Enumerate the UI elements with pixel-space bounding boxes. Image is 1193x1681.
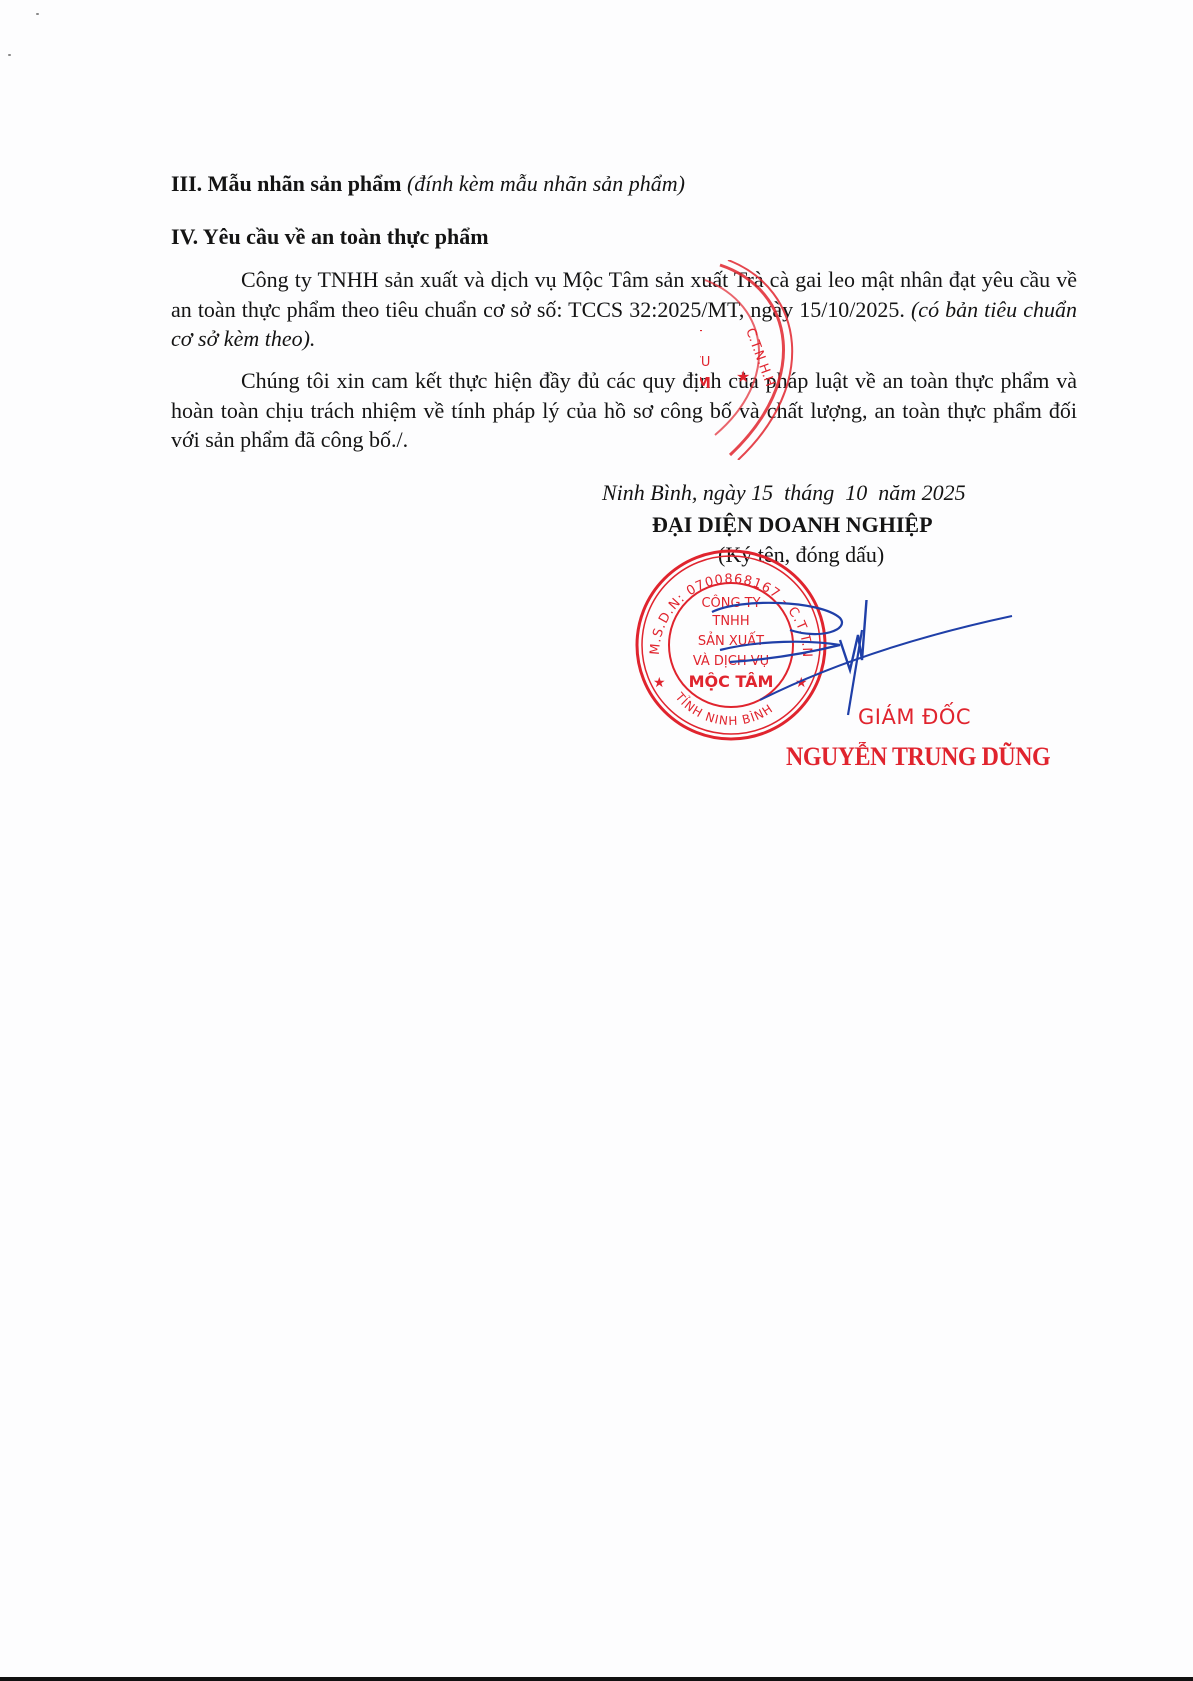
svg-text:M: M: [700, 374, 711, 392]
section-4-title: IV. Yêu cầu về an toàn thực phẩm: [171, 224, 489, 249]
svg-text:★: ★: [736, 367, 750, 386]
handwritten-signature: [700, 600, 1020, 720]
seam-stamp: C.T.N.H.H T VU M ★: [700, 260, 830, 460]
star-icon: ★: [653, 676, 666, 691]
section-3-note: (đính kèm mẫu nhãn sản phẩm): [407, 171, 685, 196]
section-4-paragraph-2: Chúng tôi xin cam kết thực hiện đầy đủ c…: [171, 366, 1077, 455]
scan-speck: [8, 54, 11, 56]
section-3-title: III. Mẫu nhãn sản phẩm: [171, 171, 401, 196]
section-3-heading: III. Mẫu nhãn sản phẩm (đính kèm mẫu nhã…: [171, 171, 685, 197]
document-page: III. Mẫu nhãn sản phẩm (đính kèm mẫu nhã…: [0, 0, 1193, 1681]
signer-role: GIÁM ĐỐC: [858, 705, 971, 729]
svg-text:T: T: [700, 329, 702, 344]
svg-text:VU: VU: [700, 355, 710, 370]
signature-title: ĐẠI DIỆN DOANH NGHIỆP: [652, 512, 933, 538]
scan-bottom-edge: [0, 1677, 1193, 1681]
signature-place-date: Ninh Bình, ngày 15 tháng 10 năm 2025: [602, 480, 966, 506]
scan-speck: [36, 13, 39, 15]
paragraph-2-text: Chúng tôi xin cam kết thực hiện đầy đủ c…: [171, 368, 1077, 452]
section-4-heading: IV. Yêu cầu về an toàn thực phẩm: [171, 224, 489, 250]
signer-name: NGUYỄN TRUNG DŨNG: [786, 742, 1050, 772]
section-4-paragraph-1: Công ty TNHH sản xuất và dịch vụ Mộc Tâm…: [171, 265, 1077, 354]
